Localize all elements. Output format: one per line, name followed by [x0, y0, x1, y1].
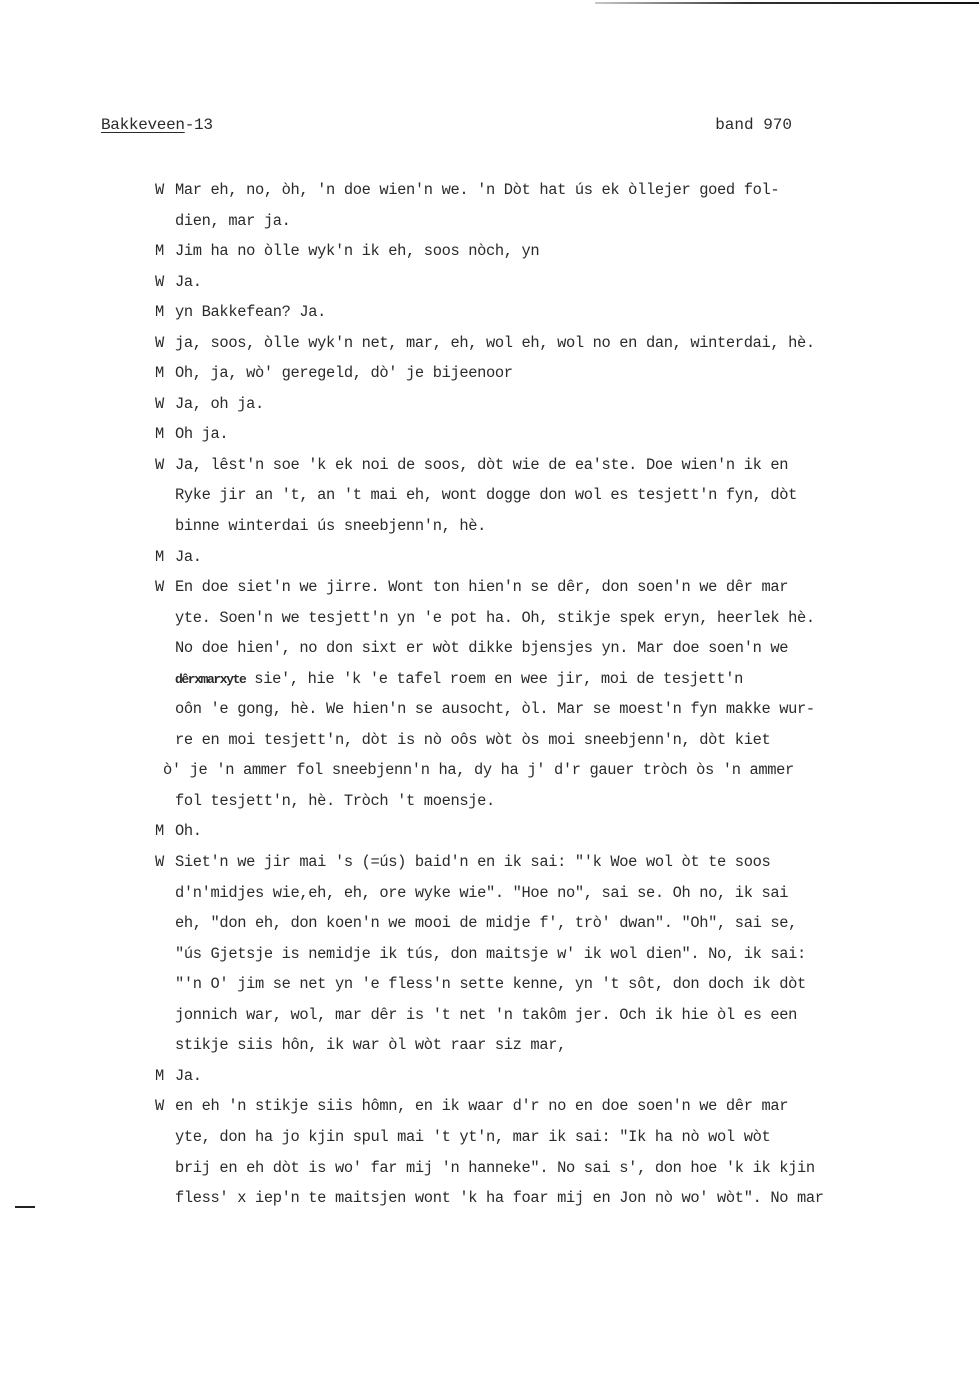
transcript-turn: MJim ha no òlle wyk'n ik eh, soos nòch, … [155, 236, 965, 267]
transcript-turn: WEn doe siet'n we jirre. Wont ton hien'n… [155, 572, 965, 603]
utterance-text: ja, soos, òlle wyk'n net, mar, eh, wol e… [175, 334, 815, 352]
utterance-text: yte, don ha jo kjin spul mai 't yt'n, ma… [175, 1128, 770, 1146]
speaker-label: M [155, 419, 175, 450]
transcript-continuation: dien, mar ja. [155, 206, 965, 237]
transcript-continuation: binne winterdai ús sneebjenn'n, hè. [155, 511, 965, 542]
transcript-turn: WSiet'n we jir mai 's (=ús) baid'n en ik… [155, 847, 965, 878]
speaker-label: M [155, 236, 175, 267]
utterance-text: Ryke jir an 't, an 't mai eh, wont dogge… [175, 486, 797, 504]
speaker-label: W [155, 328, 175, 359]
transcript-turn: MOh ja. [155, 419, 965, 450]
transcript-turn: MJa. [155, 1061, 965, 1092]
transcript-turn: Wja, soos, òlle wyk'n net, mar, eh, wol … [155, 328, 965, 359]
transcript-continuation: brij en eh dòt is wo' far mij 'n hanneke… [155, 1153, 965, 1184]
transcript-turn: Myn Bakkefean? Ja. [155, 297, 965, 328]
transcript-continuation: No doe hien', no don sixt er wòt dikke b… [155, 633, 965, 664]
utterance-text: Oh ja. [175, 425, 228, 443]
utterance-text: oôn 'e gong, hè. We hien'n se ausocht, ò… [175, 700, 815, 718]
page-header: Bakkeveen-13 band 970 [101, 116, 801, 140]
transcript-turn: WJa. [155, 267, 965, 298]
utterance-text: Ja, lêst'n soe 'k ek noi de soos, dòt wi… [175, 456, 788, 474]
margin-mark [15, 1206, 35, 1208]
document-id-number: -13 [185, 116, 213, 134]
utterance-text: binne winterdai ús sneebjenn'n, hè. [175, 517, 486, 535]
tape-number: band 970 [715, 116, 792, 134]
utterance-text: en eh 'n stikje siis hômn, en ik waar d'… [175, 1097, 788, 1115]
utterance-text: Ja. [175, 1067, 202, 1085]
transcript-continuation: fol tesjett'n, hè. Tròch 't moensje. [155, 786, 965, 817]
utterance-text: brij en eh dòt is wo' far mij 'n hanneke… [175, 1159, 815, 1177]
speaker-label: W [155, 572, 175, 603]
transcript-continuation: re en moi tesjett'n, dòt is nò oôs wòt ò… [155, 725, 965, 756]
struck-out-text: dêrxmarxyte [175, 672, 245, 687]
transcript-turn: WJa, lêst'n soe 'k ek noi de soos, dòt w… [155, 450, 965, 481]
speaker-label: M [155, 542, 175, 573]
transcript-turn: WMar eh, no, òh, 'n doe wien'n we. 'n Dò… [155, 175, 965, 206]
speaker-label: M [155, 816, 175, 847]
utterance-text: Oh. [175, 822, 202, 840]
transcript-body: WMar eh, no, òh, 'n doe wien'n we. 'n Dò… [155, 175, 965, 1214]
utterance-text: re en moi tesjett'n, dòt is nò oôs wòt ò… [175, 731, 770, 749]
utterance-text: ò' je 'n ammer fol sneebjenn'n ha, dy ha… [163, 761, 794, 779]
transcript-continuation: d'n'midjes wie,eh, eh, ore wyke wie". "H… [155, 878, 965, 909]
speaker-label: W [155, 175, 175, 206]
speaker-label: W [155, 267, 175, 298]
transcript-turn: MOh. [155, 816, 965, 847]
transcript-continuation: Ryke jir an 't, an 't mai eh, wont dogge… [155, 480, 965, 511]
scan-edge-line [595, 2, 979, 4]
transcript-continuation: "'n O' jim se net yn 'e fless'n sette ke… [155, 969, 965, 1000]
transcript-continuation: oôn 'e gong, hè. We hien'n se ausocht, ò… [155, 694, 965, 725]
transcript-continuation: jonnich war, wol, mar dêr is 't net 'n t… [155, 1000, 965, 1031]
transcript-continuation: stikje siis hôn, ik war òl wòt raar siz … [155, 1030, 965, 1061]
utterance-text: En doe siet'n we jirre. Wont ton hien'n … [175, 578, 788, 596]
utterance-text: Ja. [175, 548, 202, 566]
utterance-text: jonnich war, wol, mar dêr is 't net 'n t… [175, 1006, 797, 1024]
document-id: Bakkeveen-13 [101, 116, 213, 134]
utterance-text: dien, mar ja. [175, 212, 291, 230]
speaker-label: W [155, 847, 175, 878]
utterance-text: yte. Soen'n we tesjett'n yn 'e pot ha. O… [175, 609, 815, 627]
utterance-text: fless' x iep'n te maitsjen wont 'k ha fo… [175, 1189, 824, 1207]
transcript-continuation: yte, don ha jo kjin spul mai 't yt'n, ma… [155, 1122, 965, 1153]
utterance-text: "ús Gjetsje is nemidje ik tús, don maits… [175, 945, 806, 963]
transcript-turn: WJa, oh ja. [155, 389, 965, 420]
utterance-text: stikje siis hôn, ik war òl wòt raar siz … [175, 1036, 566, 1054]
transcript-continuation: "ús Gjetsje is nemidje ik tús, don maits… [155, 939, 965, 970]
transcript-turn: Wen eh 'n stikje siis hômn, en ik waar d… [155, 1091, 965, 1122]
document-id-name: Bakkeveen [101, 116, 185, 134]
utterance-text: No doe hien', no don sixt er wòt dikke b… [175, 639, 788, 657]
transcript-continuation: ò' je 'n ammer fol sneebjenn'n ha, dy ha… [155, 755, 965, 786]
utterance-text: sie', hie 'k 'e tafel roem en wee jir, m… [245, 670, 743, 688]
utterance-text: Ja, oh ja. [175, 395, 264, 413]
utterance-text: d'n'midjes wie,eh, eh, ore wyke wie". "H… [175, 884, 788, 902]
utterance-text: Jim ha no òlle wyk'n ik eh, soos nòch, y… [175, 242, 539, 260]
transcript-continuation: dêrxmarxyte sie', hie 'k 'e tafel roem e… [155, 664, 965, 695]
speaker-label: M [155, 358, 175, 389]
utterance-text: Mar eh, no, òh, 'n doe wien'n we. 'n Dòt… [175, 181, 779, 199]
speaker-label: M [155, 1061, 175, 1092]
transcript-continuation: fless' x iep'n te maitsjen wont 'k ha fo… [155, 1183, 965, 1214]
utterance-text: fol tesjett'n, hè. Tròch 't moensje. [175, 792, 495, 810]
utterance-text: yn Bakkefean? Ja. [175, 303, 326, 321]
utterance-text: Oh, ja, wò' geregeld, dò' je bijeenoor [175, 364, 513, 382]
speaker-label: W [155, 1091, 175, 1122]
utterance-text: Siet'n we jir mai 's (=ús) baid'n en ik … [175, 853, 770, 871]
utterance-text: Ja. [175, 273, 202, 291]
transcript-continuation: yte. Soen'n we tesjett'n yn 'e pot ha. O… [155, 603, 965, 634]
speaker-label: W [155, 450, 175, 481]
transcript-turn: MOh, ja, wò' geregeld, dò' je bijeenoor [155, 358, 965, 389]
transcript-turn: MJa. [155, 542, 965, 573]
utterance-text: eh, "don eh, don koen'n we mooi de midje… [175, 914, 797, 932]
transcript-continuation: eh, "don eh, don koen'n we mooi de midje… [155, 908, 965, 939]
speaker-label: W [155, 389, 175, 420]
utterance-text: "'n O' jim se net yn 'e fless'n sette ke… [175, 975, 806, 993]
speaker-label: M [155, 297, 175, 328]
